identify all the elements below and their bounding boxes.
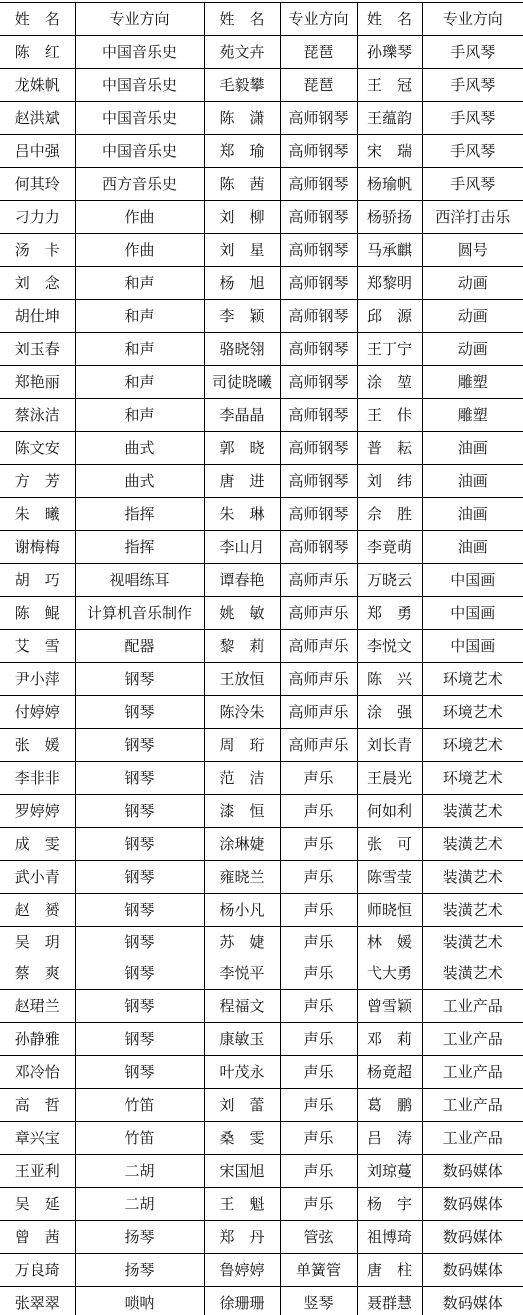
cell-major-2: 高师钢琴 bbox=[280, 201, 357, 234]
cell-name-3: 刘琼蔓 bbox=[357, 1155, 422, 1188]
cell-major-2: 高师钢琴 bbox=[280, 168, 357, 201]
cell-major-3: 装潢艺术 bbox=[422, 894, 523, 927]
cell-major-3: 装潢艺术装潢艺术 bbox=[422, 927, 523, 990]
cell-major-2: 高师声乐 bbox=[280, 696, 357, 729]
cell-name-2: 郑 瑜 bbox=[204, 135, 280, 168]
header-major-3: 专业方向 bbox=[422, 3, 523, 36]
cell-name-3: 吕 涛 bbox=[357, 1122, 422, 1155]
cell-major-3: 数码媒体 bbox=[422, 1155, 523, 1188]
table-row: 陈文安曲式郭 晓高师钢琴普 耘油画 bbox=[0, 432, 523, 465]
cell-line: 声乐 bbox=[283, 927, 355, 958]
cell-major-1: 竹笛 bbox=[75, 1089, 204, 1122]
cell-major-3: 工业产品 bbox=[422, 1023, 523, 1056]
cell-name-2: 刘 蕾 bbox=[204, 1089, 280, 1122]
cell-major-2: 声乐 bbox=[280, 1089, 357, 1122]
cell-major-1: 和声 bbox=[75, 300, 204, 333]
cell-name-3: 唐 柱 bbox=[357, 1254, 422, 1287]
table-row: 高 哲竹笛刘 蕾声乐葛 鹏工业产品 bbox=[0, 1089, 523, 1122]
cell-major-1: 计算机音乐制作 bbox=[75, 597, 204, 630]
cell-major-1: 钢琴 bbox=[75, 696, 204, 729]
cell-major-1: 作曲 bbox=[75, 201, 204, 234]
table-row: 万良琦扬琴鲁婷婷单簧管唐 柱数码媒体 bbox=[0, 1254, 523, 1287]
cell-line: 弋大勇 bbox=[360, 958, 420, 989]
cell-major-3: 环境艺术 bbox=[422, 729, 523, 762]
cell-major-1: 钢琴钢琴 bbox=[75, 927, 204, 990]
cell-name-2: 苏 婕李悦平 bbox=[204, 927, 280, 990]
table-row: 刘 念和声杨 旭高师钢琴郑黎明动画 bbox=[0, 267, 523, 300]
cell-name-1: 赵珺兰 bbox=[0, 990, 75, 1023]
cell-major-1: 视唱练耳 bbox=[75, 564, 204, 597]
cell-name-2: 苑文卉 bbox=[204, 36, 280, 69]
cell-name-2: 康敏玉 bbox=[204, 1023, 280, 1056]
cell-major-3: 动画 bbox=[422, 333, 523, 366]
cell-name-1: 李非非 bbox=[0, 762, 75, 795]
cell-major-2: 声乐 bbox=[280, 1023, 357, 1056]
cell-name-2: 陈 茜 bbox=[204, 168, 280, 201]
cell-major-2: 高师钢琴 bbox=[280, 498, 357, 531]
cell-major-2: 单簧管 bbox=[280, 1254, 357, 1287]
cell-name-3: 涂 堃 bbox=[357, 366, 422, 399]
cell-major-1: 中国音乐史 bbox=[75, 135, 204, 168]
table-row: 刘玉春和声骆晓翎高师钢琴王丁宁动画 bbox=[0, 333, 523, 366]
cell-major-3: 油画 bbox=[422, 498, 523, 531]
cell-major-2: 声乐 bbox=[280, 1122, 357, 1155]
cell-major-1: 和声 bbox=[75, 267, 204, 300]
cell-name-1: 武小青 bbox=[0, 861, 75, 894]
table-row: 孙静雅钢琴康敏玉声乐邓 莉工业产品 bbox=[0, 1023, 523, 1056]
table-body: 姓 名 专业方向 姓 名 专业方向 姓 名 专业方向 陈 红中国音乐史苑文卉琵琶… bbox=[0, 3, 523, 1315]
cell-major-2: 琵琶 bbox=[280, 69, 357, 102]
cell-name-1: 龙姝帆 bbox=[0, 69, 75, 102]
cell-name-1: 谢梅梅 bbox=[0, 531, 75, 564]
cell-name-2: 郑 丹 bbox=[204, 1221, 280, 1254]
cell-major-2: 声乐 bbox=[280, 828, 357, 861]
cell-name-1: 张翠翠 bbox=[0, 1287, 75, 1315]
cell-name-2: 毛毅攀 bbox=[204, 69, 280, 102]
cell-major-1: 中国音乐史 bbox=[75, 69, 204, 102]
cell-name-2: 郭 晓 bbox=[204, 432, 280, 465]
cell-major-1: 二胡 bbox=[75, 1155, 204, 1188]
cell-major-3: 圆号 bbox=[422, 234, 523, 267]
cell-name-2: 范 洁 bbox=[204, 762, 280, 795]
cell-major-2: 高师钢琴 bbox=[280, 531, 357, 564]
cell-major-1: 钢琴 bbox=[75, 729, 204, 762]
cell-major-1: 竹笛 bbox=[75, 1122, 204, 1155]
cell-major-3: 中国画 bbox=[422, 630, 523, 663]
cell-major-3: 装潢艺术 bbox=[422, 861, 523, 894]
cell-major-1: 和声 bbox=[75, 333, 204, 366]
cell-name-1: 陈文安 bbox=[0, 432, 75, 465]
table-row: 刁力力作曲刘 柳高师钢琴杨骄扬西洋打击乐 bbox=[0, 201, 523, 234]
cell-major-3: 雕塑 bbox=[422, 366, 523, 399]
table-row: 成 雯钢琴涂琳婕声乐张 可装潢艺术 bbox=[0, 828, 523, 861]
cell-name-2: 杨 旭 bbox=[204, 267, 280, 300]
cell-major-3: 装潢艺术 bbox=[422, 795, 523, 828]
cell-name-1: 刘 念 bbox=[0, 267, 75, 300]
cell-name-2: 刘 柳 bbox=[204, 201, 280, 234]
cell-name-2: 陈 潇 bbox=[204, 102, 280, 135]
cell-major-3: 数码媒体 bbox=[422, 1188, 523, 1221]
table-row: 艾 雪配器黎 莉高师声乐李悦文中国画 bbox=[0, 630, 523, 663]
cell-major-1: 西方音乐史 bbox=[75, 168, 204, 201]
cell-name-3: 陈 兴 bbox=[357, 663, 422, 696]
cell-major-2: 声乐 bbox=[280, 1188, 357, 1221]
cell-name-2: 徐珊珊 bbox=[204, 1287, 280, 1315]
cell-name-3: 王蕴韵 bbox=[357, 102, 422, 135]
cell-major-3: 雕塑 bbox=[422, 399, 523, 432]
header-name-3: 姓 名 bbox=[357, 3, 422, 36]
cell-name-3: 李竟萌 bbox=[357, 531, 422, 564]
cell-name-1: 尹小萍 bbox=[0, 663, 75, 696]
cell-major-1: 钢琴 bbox=[75, 795, 204, 828]
cell-major-2: 声乐 bbox=[280, 1155, 357, 1188]
table-row: 付婷婷钢琴陈泠朱高师声乐涂 强环境艺术 bbox=[0, 696, 523, 729]
cell-name-3: 何如利 bbox=[357, 795, 422, 828]
table-row: 吴 延二胡王 魁声乐杨 宇数码媒体 bbox=[0, 1188, 523, 1221]
cell-major-1: 扬琴 bbox=[75, 1254, 204, 1287]
header-major-1: 专业方向 bbox=[75, 3, 204, 36]
cell-major-3: 数码媒体 bbox=[422, 1254, 523, 1287]
cell-major-3: 手风琴 bbox=[422, 69, 523, 102]
cell-major-3: 环境艺术 bbox=[422, 663, 523, 696]
header-name-1: 姓 名 bbox=[0, 3, 75, 36]
cell-name-3: 宋 瑞 bbox=[357, 135, 422, 168]
cell-name-2: 黎 莉 bbox=[204, 630, 280, 663]
cell-line: 林 媛 bbox=[360, 927, 420, 958]
cell-line: 李悦平 bbox=[207, 958, 278, 989]
cell-name-3: 杨骄扬 bbox=[357, 201, 422, 234]
cell-name-3: 葛 鹏 bbox=[357, 1089, 422, 1122]
student-major-table: 姓 名 专业方向 姓 名 专业方向 姓 名 专业方向 陈 红中国音乐史苑文卉琵琶… bbox=[0, 2, 523, 1315]
cell-major-3: 工业产品 bbox=[422, 1089, 523, 1122]
cell-name-3: 涂 强 bbox=[357, 696, 422, 729]
cell-major-1: 钢琴 bbox=[75, 990, 204, 1023]
cell-name-3: 张 可 bbox=[357, 828, 422, 861]
cell-major-3: 西洋打击乐 bbox=[422, 201, 523, 234]
cell-name-1: 方 芳 bbox=[0, 465, 75, 498]
table-row: 郑艳丽和声司徒晓曦高师钢琴涂 堃雕塑 bbox=[0, 366, 523, 399]
table-row: 谢梅梅指挥李山月高师钢琴李竟萌油画 bbox=[0, 531, 523, 564]
cell-line: 钢琴 bbox=[78, 958, 202, 989]
cell-name-3: 邱 源 bbox=[357, 300, 422, 333]
cell-name-2: 唐 进 bbox=[204, 465, 280, 498]
table-row: 赵珺兰钢琴程福文声乐曾雪颖工业产品 bbox=[0, 990, 523, 1023]
cell-name-3: 杨瑜帆 bbox=[357, 168, 422, 201]
cell-name-3: 马承麒 bbox=[357, 234, 422, 267]
cell-major-1: 指挥 bbox=[75, 531, 204, 564]
cell-name-1: 胡仕坤 bbox=[0, 300, 75, 333]
cell-major-2: 高师声乐 bbox=[280, 564, 357, 597]
header-row: 姓 名 专业方向 姓 名 专业方向 姓 名 专业方向 bbox=[0, 3, 523, 36]
cell-name-2: 雍晓兰 bbox=[204, 861, 280, 894]
cell-major-2: 高师钢琴 bbox=[280, 366, 357, 399]
cell-name-3: 杨 宇 bbox=[357, 1188, 422, 1221]
cell-major-3: 手风琴 bbox=[422, 102, 523, 135]
table-row: 赵 赟钢琴杨小凡声乐师晓恒装潢艺术 bbox=[0, 894, 523, 927]
table-row: 张 媛钢琴周 珩高师声乐刘长青环境艺术 bbox=[0, 729, 523, 762]
cell-name-1: 艾 雪 bbox=[0, 630, 75, 663]
cell-name-3: 刘 纬 bbox=[357, 465, 422, 498]
table-row: 汤 卡作曲刘 星高师钢琴马承麒圆号 bbox=[0, 234, 523, 267]
table-row: 胡 巧视唱练耳谭春艳高师声乐万晓云中国画 bbox=[0, 564, 523, 597]
cell-major-2: 高师钢琴 bbox=[280, 234, 357, 267]
cell-major-1: 钢琴 bbox=[75, 762, 204, 795]
cell-major-1: 曲式 bbox=[75, 465, 204, 498]
cell-name-2: 朱 琳 bbox=[204, 498, 280, 531]
table-row: 陈 鲲计算机音乐制作姚 敏高师声乐郑 勇中国画 bbox=[0, 597, 523, 630]
cell-major-2: 高师声乐 bbox=[280, 597, 357, 630]
cell-major-3: 动画 bbox=[422, 300, 523, 333]
cell-major-1: 钢琴 bbox=[75, 1023, 204, 1056]
cell-name-2: 漆 恒 bbox=[204, 795, 280, 828]
cell-name-1: 汤 卡 bbox=[0, 234, 75, 267]
cell-name-1: 何其玲 bbox=[0, 168, 75, 201]
cell-line: 声乐 bbox=[283, 958, 355, 989]
cell-name-2: 陈泠朱 bbox=[204, 696, 280, 729]
cell-name-3: 王丁宁 bbox=[357, 333, 422, 366]
table-row: 罗婷婷钢琴漆 恒声乐何如利装潢艺术 bbox=[0, 795, 523, 828]
cell-major-1: 唢呐 bbox=[75, 1287, 204, 1315]
cell-major-2: 高师钢琴 bbox=[280, 432, 357, 465]
cell-name-1: 吴 延 bbox=[0, 1188, 75, 1221]
cell-major-1: 二胡 bbox=[75, 1188, 204, 1221]
cell-major-3: 油画 bbox=[422, 531, 523, 564]
cell-major-2: 声乐 bbox=[280, 990, 357, 1023]
cell-name-2: 李晶晶 bbox=[204, 399, 280, 432]
table-row: 李非非钢琴范 洁声乐王晨光环境艺术 bbox=[0, 762, 523, 795]
cell-name-1: 邓冷怡 bbox=[0, 1056, 75, 1089]
cell-major-3: 油画 bbox=[422, 465, 523, 498]
table-row: 曾 茜扬琴郑 丹管弦祖博琦数码媒体 bbox=[0, 1221, 523, 1254]
cell-name-2: 李山月 bbox=[204, 531, 280, 564]
cell-major-3: 手风琴 bbox=[422, 135, 523, 168]
cell-name-3: 郑 勇 bbox=[357, 597, 422, 630]
cell-name-1: 章兴宝 bbox=[0, 1122, 75, 1155]
cell-name-2: 王放恒 bbox=[204, 663, 280, 696]
table-row: 尹小萍钢琴王放恒高师声乐陈 兴环境艺术 bbox=[0, 663, 523, 696]
cell-name-1: 郑艳丽 bbox=[0, 366, 75, 399]
cell-major-2: 高师钢琴 bbox=[280, 102, 357, 135]
cell-name-1: 孙静雅 bbox=[0, 1023, 75, 1056]
table-row: 张翠翠唢呐徐珊珊竖琴聂群慧数码媒体 bbox=[0, 1287, 523, 1315]
cell-major-3: 环境艺术 bbox=[422, 696, 523, 729]
cell-name-2: 周 珩 bbox=[204, 729, 280, 762]
cell-major-3: 动画 bbox=[422, 267, 523, 300]
cell-major-3: 中国画 bbox=[422, 564, 523, 597]
cell-major-2: 声乐 bbox=[280, 861, 357, 894]
cell-major-2: 高师声乐 bbox=[280, 729, 357, 762]
cell-name-1: 张 媛 bbox=[0, 729, 75, 762]
header-name-2: 姓 名 bbox=[204, 3, 280, 36]
cell-name-2: 涂琳婕 bbox=[204, 828, 280, 861]
cell-major-1: 中国音乐史 bbox=[75, 36, 204, 69]
cell-name-1: 吴 玥蔡 爽 bbox=[0, 927, 75, 990]
cell-line: 蔡 爽 bbox=[2, 958, 73, 989]
cell-name-3: 刘长青 bbox=[357, 729, 422, 762]
cell-major-3: 手风琴 bbox=[422, 36, 523, 69]
table-row: 赵洪斌中国音乐史陈 潇高师钢琴王蕴韵手风琴 bbox=[0, 102, 523, 135]
cell-major-2: 高师钢琴 bbox=[280, 267, 357, 300]
cell-name-1: 高 哲 bbox=[0, 1089, 75, 1122]
cell-name-3: 佘 胜 bbox=[357, 498, 422, 531]
cell-name-3: 聂群慧 bbox=[357, 1287, 422, 1315]
cell-name-1: 朱 曦 bbox=[0, 498, 75, 531]
cell-major-2: 高师声乐 bbox=[280, 630, 357, 663]
cell-major-1: 作曲 bbox=[75, 234, 204, 267]
cell-name-2: 谭春艳 bbox=[204, 564, 280, 597]
cell-name-2: 桑 雯 bbox=[204, 1122, 280, 1155]
cell-major-2: 声乐 bbox=[280, 795, 357, 828]
table-row: 吕中强中国音乐史郑 瑜高师钢琴宋 瑞手风琴 bbox=[0, 135, 523, 168]
table-row: 何其玲西方音乐史陈 茜高师钢琴杨瑜帆手风琴 bbox=[0, 168, 523, 201]
cell-name-3: 郑黎明 bbox=[357, 267, 422, 300]
cell-major-2: 声乐声乐 bbox=[280, 927, 357, 990]
table-row: 胡仕坤和声李 颖高师钢琴邱 源动画 bbox=[0, 300, 523, 333]
cell-name-1: 刘玉春 bbox=[0, 333, 75, 366]
cell-major-2: 高师钢琴 bbox=[280, 465, 357, 498]
cell-name-3: 孙瓅琴 bbox=[357, 36, 422, 69]
table-row-double: 吴 玥蔡 爽钢琴钢琴苏 婕李悦平声乐声乐林 媛弋大勇装潢艺术装潢艺术 bbox=[0, 927, 523, 990]
cell-major-1: 钢琴 bbox=[75, 894, 204, 927]
cell-major-1: 指挥 bbox=[75, 498, 204, 531]
cell-name-1: 赵洪斌 bbox=[0, 102, 75, 135]
cell-name-2: 刘 星 bbox=[204, 234, 280, 267]
cell-major-3: 环境艺术 bbox=[422, 762, 523, 795]
cell-name-3: 祖博琦 bbox=[357, 1221, 422, 1254]
cell-name-1: 刁力力 bbox=[0, 201, 75, 234]
cell-major-1: 和声 bbox=[75, 366, 204, 399]
cell-name-2: 鲁婷婷 bbox=[204, 1254, 280, 1287]
cell-name-1: 陈 鲲 bbox=[0, 597, 75, 630]
table-row: 朱 曦指挥朱 琳高师钢琴佘 胜油画 bbox=[0, 498, 523, 531]
cell-name-1: 陈 红 bbox=[0, 36, 75, 69]
cell-name-1: 吕中强 bbox=[0, 135, 75, 168]
cell-major-2: 高师钢琴 bbox=[280, 135, 357, 168]
cell-name-2: 王 魁 bbox=[204, 1188, 280, 1221]
cell-major-3: 工业产品 bbox=[422, 1056, 523, 1089]
cell-name-3: 邓 莉 bbox=[357, 1023, 422, 1056]
cell-major-1: 中国音乐史 bbox=[75, 102, 204, 135]
table-row: 武小青钢琴雍晓兰声乐陈雪莹装潢艺术 bbox=[0, 861, 523, 894]
cell-name-3: 李悦文 bbox=[357, 630, 422, 663]
table-row: 邓冷怡钢琴叶茂永声乐杨竟超工业产品 bbox=[0, 1056, 523, 1089]
cell-name-1: 罗婷婷 bbox=[0, 795, 75, 828]
cell-major-2: 高师钢琴 bbox=[280, 333, 357, 366]
cell-name-2: 李 颖 bbox=[204, 300, 280, 333]
cell-major-2: 琵琶 bbox=[280, 36, 357, 69]
cell-major-2: 声乐 bbox=[280, 762, 357, 795]
cell-major-1: 钢琴 bbox=[75, 828, 204, 861]
cell-major-1: 和声 bbox=[75, 399, 204, 432]
cell-name-3: 普 耘 bbox=[357, 432, 422, 465]
cell-major-2: 声乐 bbox=[280, 1056, 357, 1089]
cell-name-3: 曾雪颖 bbox=[357, 990, 422, 1023]
cell-major-3: 工业产品 bbox=[422, 1122, 523, 1155]
cell-name-3: 师晓恒 bbox=[357, 894, 422, 927]
cell-name-1: 王亚利 bbox=[0, 1155, 75, 1188]
cell-major-1: 钢琴 bbox=[75, 861, 204, 894]
cell-name-1: 成 雯 bbox=[0, 828, 75, 861]
cell-major-2: 声乐 bbox=[280, 894, 357, 927]
cell-line: 苏 婕 bbox=[207, 927, 278, 958]
table-row: 方 芳曲式唐 进高师钢琴刘 纬油画 bbox=[0, 465, 523, 498]
cell-line: 装潢艺术 bbox=[425, 958, 522, 989]
cell-major-2: 管弦 bbox=[280, 1221, 357, 1254]
cell-line: 装潢艺术 bbox=[425, 927, 522, 958]
cell-name-2: 骆晓翎 bbox=[204, 333, 280, 366]
cell-name-2: 叶茂永 bbox=[204, 1056, 280, 1089]
cell-major-1: 曲式 bbox=[75, 432, 204, 465]
table-row: 蔡泳洁和声李晶晶高师钢琴王 佧雕塑 bbox=[0, 399, 523, 432]
cell-major-3: 手风琴 bbox=[422, 168, 523, 201]
table-row: 陈 红中国音乐史苑文卉琵琶孙瓅琴手风琴 bbox=[0, 36, 523, 69]
cell-name-1: 曾 茜 bbox=[0, 1221, 75, 1254]
cell-name-2: 杨小凡 bbox=[204, 894, 280, 927]
cell-name-3: 王 冠 bbox=[357, 69, 422, 102]
cell-name-3: 杨竟超 bbox=[357, 1056, 422, 1089]
cell-line: 吴 玥 bbox=[2, 927, 73, 958]
cell-major-3: 工业产品 bbox=[422, 990, 523, 1023]
header-major-2: 专业方向 bbox=[280, 3, 357, 36]
cell-major-3: 数码媒体 bbox=[422, 1287, 523, 1315]
cell-name-3: 林 媛弋大勇 bbox=[357, 927, 422, 990]
cell-major-3: 油画 bbox=[422, 432, 523, 465]
cell-major-1: 钢琴 bbox=[75, 1056, 204, 1089]
cell-name-2: 程福文 bbox=[204, 990, 280, 1023]
cell-major-2: 高师声乐 bbox=[280, 663, 357, 696]
cell-major-2: 竖琴 bbox=[280, 1287, 357, 1315]
cell-name-1: 蔡泳洁 bbox=[0, 399, 75, 432]
table-row: 龙姝帆中国音乐史毛毅攀琵琶王 冠手风琴 bbox=[0, 69, 523, 102]
cell-name-3: 万晓云 bbox=[357, 564, 422, 597]
table-row: 章兴宝竹笛桑 雯声乐吕 涛工业产品 bbox=[0, 1122, 523, 1155]
cell-name-3: 王 佧 bbox=[357, 399, 422, 432]
cell-name-2: 司徒晓曦 bbox=[204, 366, 280, 399]
table-row: 王亚利二胡宋国旭声乐刘琼蔓数码媒体 bbox=[0, 1155, 523, 1188]
cell-major-3: 中国画 bbox=[422, 597, 523, 630]
cell-name-1: 赵 赟 bbox=[0, 894, 75, 927]
cell-major-2: 高师钢琴 bbox=[280, 300, 357, 333]
cell-major-1: 配器 bbox=[75, 630, 204, 663]
cell-name-2: 宋国旭 bbox=[204, 1155, 280, 1188]
cell-major-2: 高师钢琴 bbox=[280, 399, 357, 432]
cell-major-3: 装潢艺术 bbox=[422, 828, 523, 861]
cell-name-1: 付婷婷 bbox=[0, 696, 75, 729]
cell-name-3: 陈雪莹 bbox=[357, 861, 422, 894]
cell-major-1: 钢琴 bbox=[75, 663, 204, 696]
cell-major-1: 扬琴 bbox=[75, 1221, 204, 1254]
cell-name-1: 胡 巧 bbox=[0, 564, 75, 597]
cell-name-3: 王晨光 bbox=[357, 762, 422, 795]
cell-line: 钢琴 bbox=[78, 927, 202, 958]
cell-major-3: 数码媒体 bbox=[422, 1221, 523, 1254]
cell-name-1: 万良琦 bbox=[0, 1254, 75, 1287]
cell-name-2: 姚 敏 bbox=[204, 597, 280, 630]
